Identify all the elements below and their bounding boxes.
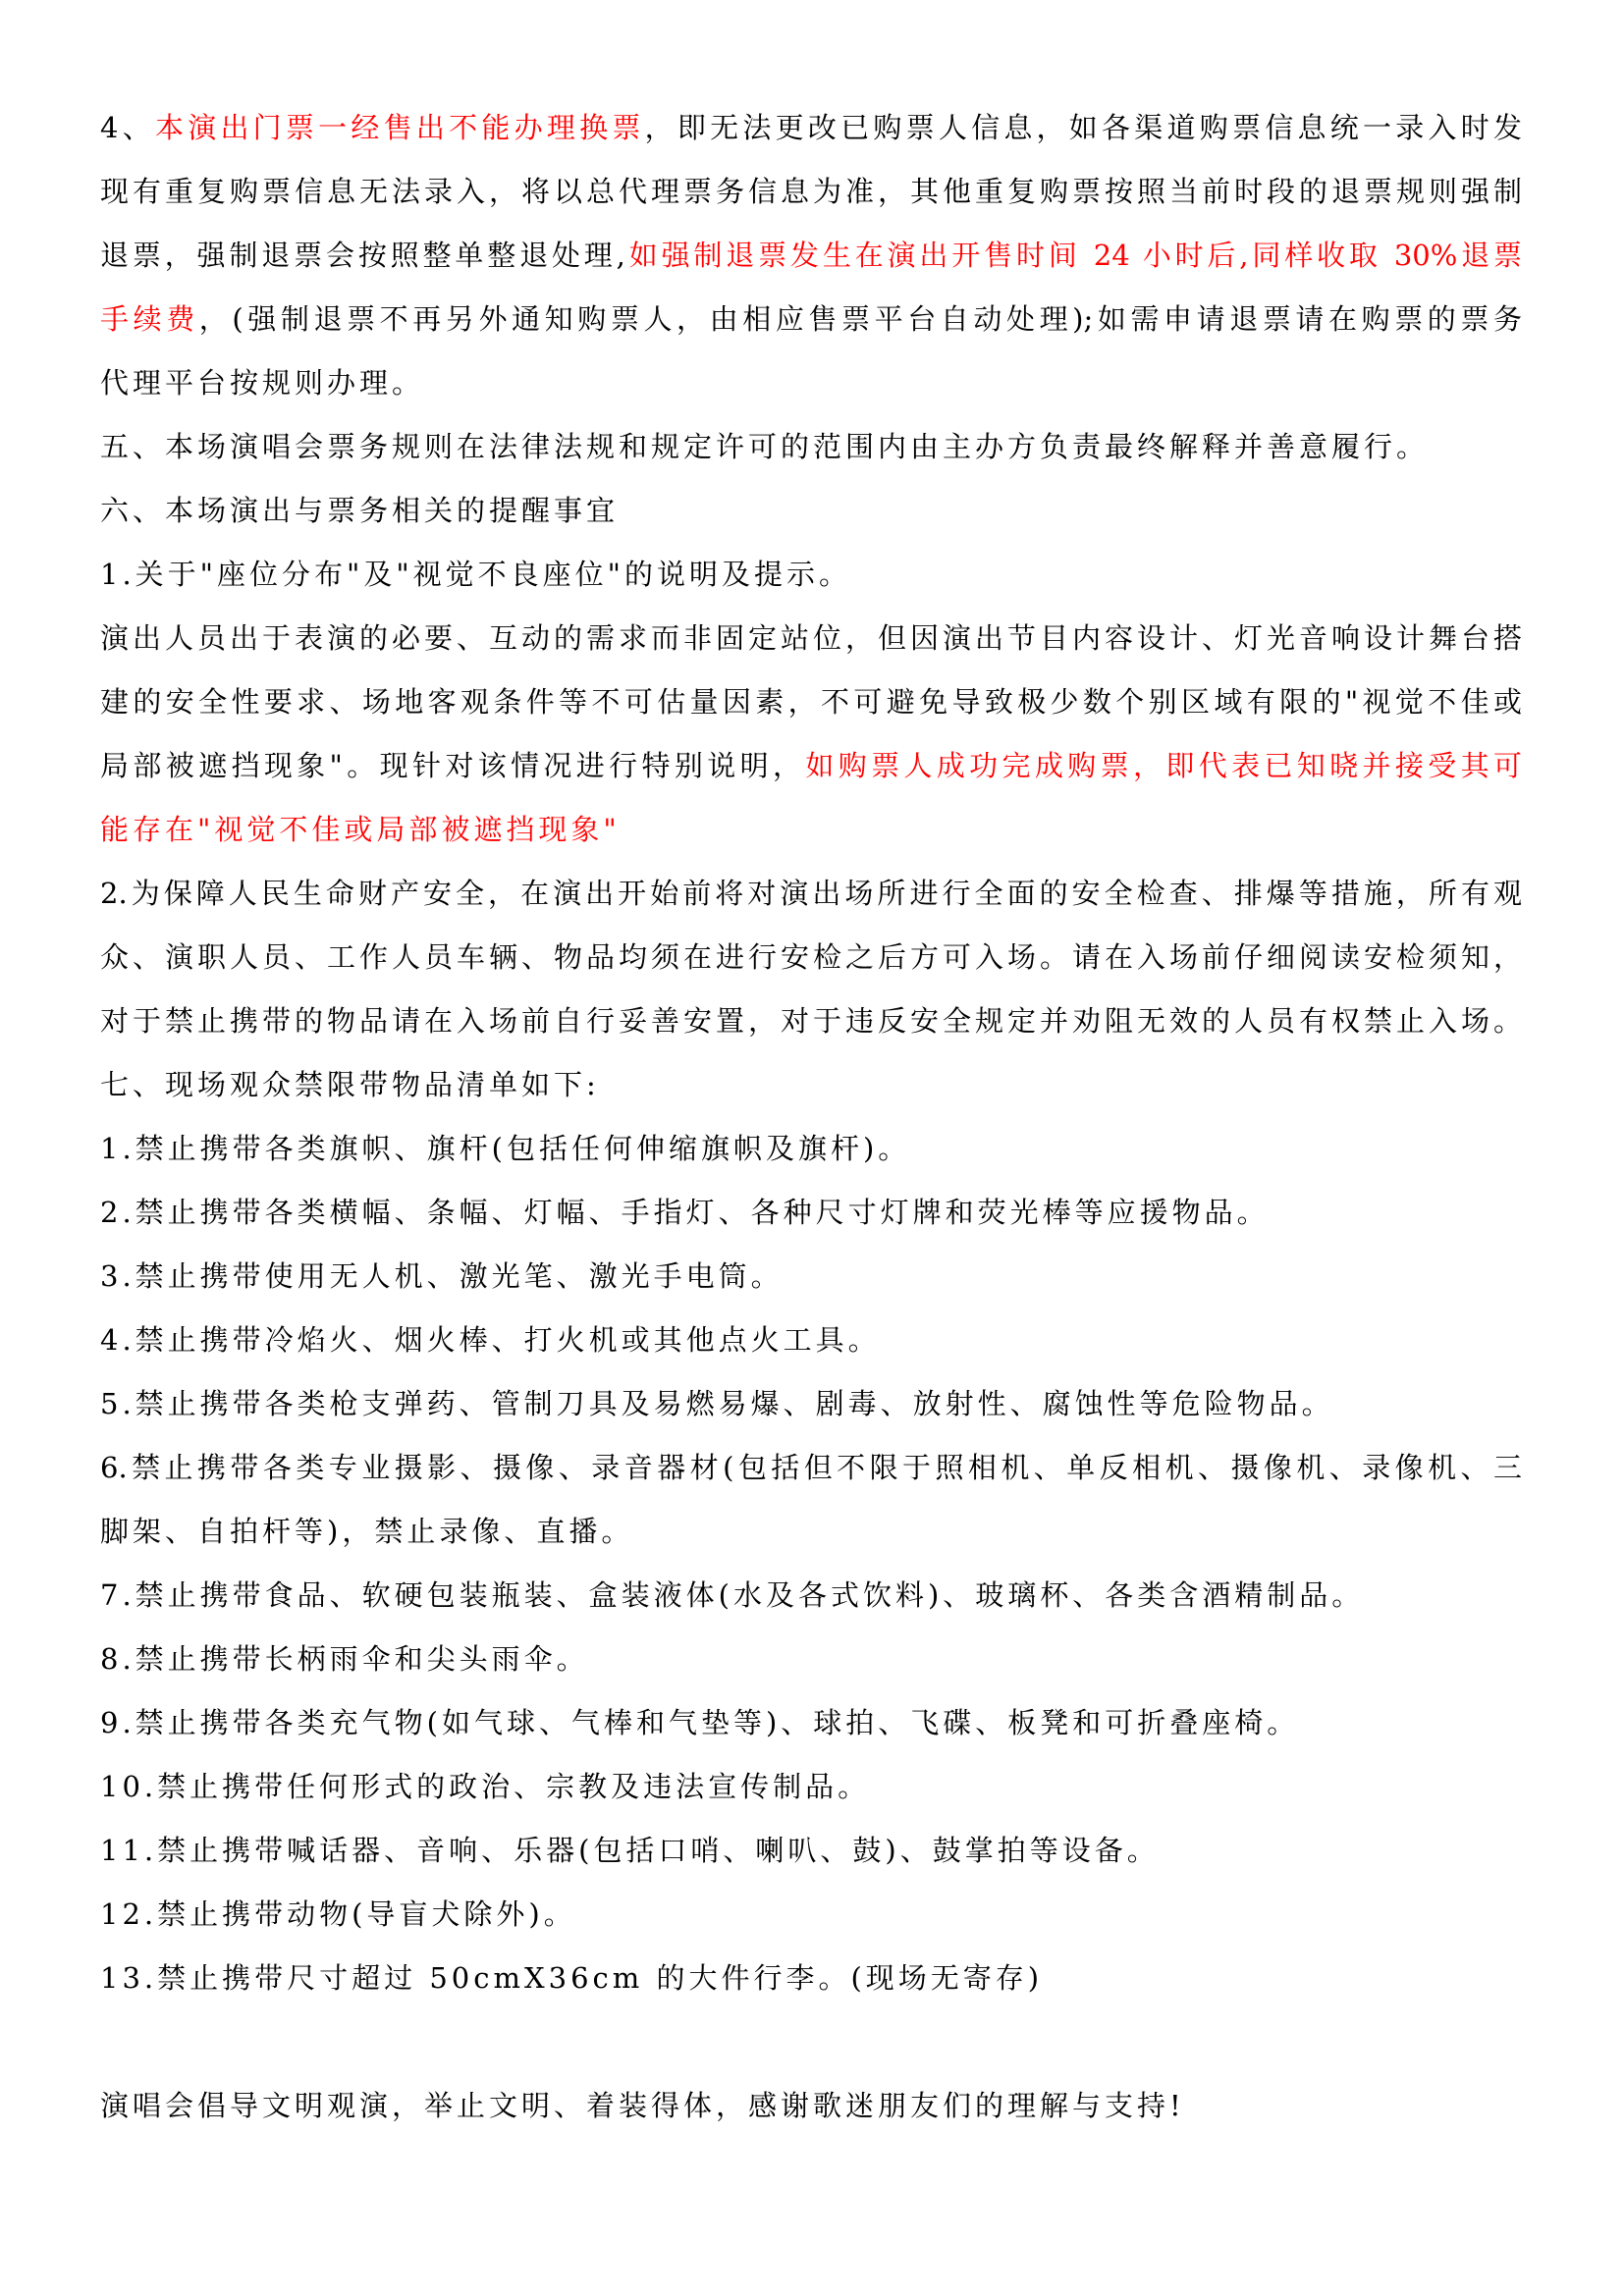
- prohibited-item: 11.禁止携带喊话器、音响、乐器(包括口哨、喇叭、鼓)、鼓掌拍等设备。: [100, 1819, 1522, 1883]
- prohibited-item: 1.禁止携带各类旗帜、旗杆(包括任何伸缩旗帜及旗杆)。: [100, 1117, 1522, 1181]
- highlighted-text-run: 本演出门票一经售出不能办理换票: [155, 111, 645, 144]
- prohibited-item: 4.禁止携带冷焰火、烟火棒、打火机或其他点火工具。: [100, 1308, 1522, 1372]
- prohibited-item: 3.禁止携带使用无人机、激光笔、激光手电筒。: [100, 1245, 1522, 1308]
- prohibited-item: 12.禁止携带动物(导盲犬除外)。: [100, 1883, 1522, 1947]
- text-run: 建的安全性要求、场地客观条件等不可估量因素，不可避免导致极少数个别区域有限的"视…: [100, 685, 1522, 719]
- text-line: 演出人员出于表演的必要、互动的需求而非固定站位，但因演出节目内容设计、灯光音响设…: [100, 607, 1522, 670]
- section-6-title: 六、本场演出与票务相关的提醒事宜: [100, 479, 1522, 543]
- prohibited-item: 8.禁止携带长柄雨伞和尖头雨伞。: [100, 1628, 1522, 1691]
- text-line: 4、本演出门票一经售出不能办理换票，即无法更改已购票人信息，如各渠道购票信息统一…: [100, 96, 1522, 160]
- closing-message: 演唱会倡导文明观演，举止文明、着装得体，感谢歌迷朋友们的理解与支持!: [100, 2074, 1522, 2138]
- text-run: 代理平台按规则办理。: [100, 366, 424, 400]
- highlighted-text-run: 手续费: [100, 302, 199, 336]
- section-6-reminders: 六、本场演出与票务相关的提醒事宜 1.关于"座位分布"及"视觉不良座位"的说明及…: [100, 479, 1522, 1053]
- prohibited-item: 13.禁止携带尺寸超过 50cmX36cm 的大件行李。(现场无寄存): [100, 1947, 1522, 2010]
- section-7-title: 七、现场观众禁限带物品清单如下:: [100, 1053, 1522, 1117]
- highlighted-text-run: 如购票人成功完成购票，即代表已知晓并接受其可: [805, 749, 1522, 782]
- prohibited-item: 6.禁止携带各类专业摄影、摄像、录音器材(包括但不限于照相机、单反相机、摄像机、…: [100, 1436, 1522, 1564]
- document-page: 4、本演出门票一经售出不能办理换票，即无法更改已购票人信息，如各渠道购票信息统一…: [100, 96, 1522, 2138]
- text-run: 局部被遮挡现象"。现针对该情况进行特别说明，: [100, 749, 805, 782]
- prohibited-item: 7.禁止携带食品、软硬包装瓶装、盒装液体(水及各式饮料)、玻璃杯、各类含酒精制品…: [100, 1564, 1522, 1628]
- text-run: 退票，强制退票会按照整单整退处理,: [100, 239, 625, 272]
- prohibited-item: 9.禁止携带各类充气物(如气球、气棒和气垫等)、球拍、飞碟、板凳和可折叠座椅。: [100, 1691, 1522, 1755]
- prohibited-item: 5.禁止携带各类枪支弹药、管制刀具及易燃易爆、剧毒、放射性、腐蚀性等危险物品。: [100, 1372, 1522, 1436]
- section-5-interpretation: 五、本场演唱会票务规则在法律法规和规定许可的范围内由主办方负责最终解释并善意履行…: [100, 415, 1522, 479]
- security-check-notice: 2.为保障人民生命财产安全，在演出开始前将对演出场所进行全面的安全检查、排爆等措…: [100, 862, 1522, 1053]
- highlighted-text-run: 能存在"视觉不佳或局部被遮挡现象": [100, 813, 621, 846]
- text-run: 演出人员出于表演的必要、互动的需求而非固定站位，但因演出节目内容设计、灯光音响设…: [100, 621, 1522, 655]
- text-run: ，(强制退票不再另外通知购票人，由相应售票平台自动处理);如需申请退票请在购票的…: [199, 302, 1522, 336]
- text-line: 退票，强制退票会按照整单整退处理,如强制退票发生在演出开售时间 24 小时后,同…: [100, 224, 1522, 288]
- text-line: 众、演职人员、工作人员车辆、物品均须在进行安检之后方可入场。请在入场前仔细阅读安…: [100, 926, 1522, 989]
- seating-notice-title: 1.关于"座位分布"及"视觉不良座位"的说明及提示。: [100, 543, 1522, 607]
- prohibited-item: 2.禁止携带各类横幅、条幅、灯幅、手指灯、各种尺寸灯牌和荧光棒等应援物品。: [100, 1181, 1522, 1245]
- text-line: 建的安全性要求、场地客观条件等不可估量因素，不可避免导致极少数个别区域有限的"视…: [100, 670, 1522, 734]
- highlighted-text-run: 如强制退票发生在演出开售时间 24 小时后,同样收取 30%退票: [625, 239, 1522, 272]
- text-line: 现有重复购票信息无法录入，将以总代理票务信息为准，其他重复购票按照当前时段的退票…: [100, 160, 1522, 224]
- text-line: 手续费，(强制退票不再另外通知购票人，由相应售票平台自动处理);如需申请退票请在…: [100, 288, 1522, 351]
- text-run: ，即无法更改已购票人信息，如各渠道购票信息统一录入时发: [645, 111, 1522, 144]
- paragraph-ticket-exchange-rule: 4、本演出门票一经售出不能办理换票，即无法更改已购票人信息，如各渠道购票信息统一…: [100, 96, 1522, 415]
- section-7-prohibited-items: 七、现场观众禁限带物品清单如下: 1.禁止携带各类旗帜、旗杆(包括任何伸缩旗帜及…: [100, 1053, 1522, 2010]
- text-line: 脚架、自拍杆等)，禁止录像、直播。: [100, 1500, 1522, 1564]
- text-run: 4、: [100, 111, 155, 144]
- text-line: 2.为保障人民生命财产安全，在演出开始前将对演出场所进行全面的安全检查、排爆等措…: [100, 862, 1522, 926]
- text-line: 对于禁止携带的物品请在入场前自行妥善安置，对于违反安全规定并劝阻无效的人员有权禁…: [100, 989, 1522, 1053]
- text-line: 局部被遮挡现象"。现针对该情况进行特别说明，如购票人成功完成购票，即代表已知晓并…: [100, 734, 1522, 798]
- prohibited-item: 10.禁止携带任何形式的政治、宗教及违法宣传制品。: [100, 1755, 1522, 1819]
- text-run: 现有重复购票信息无法录入，将以总代理票务信息为准，其他重复购票按照当前时段的退票…: [100, 175, 1522, 208]
- seating-notice-body: 演出人员出于表演的必要、互动的需求而非固定站位，但因演出节目内容设计、灯光音响设…: [100, 607, 1522, 862]
- spacer: [100, 2010, 1522, 2074]
- text-line: 6.禁止携带各类专业摄影、摄像、录音器材(包括但不限于照相机、单反相机、摄像机、…: [100, 1436, 1522, 1500]
- text-line: 能存在"视觉不佳或局部被遮挡现象": [100, 798, 1522, 862]
- text-line: 代理平台按规则办理。: [100, 351, 1522, 415]
